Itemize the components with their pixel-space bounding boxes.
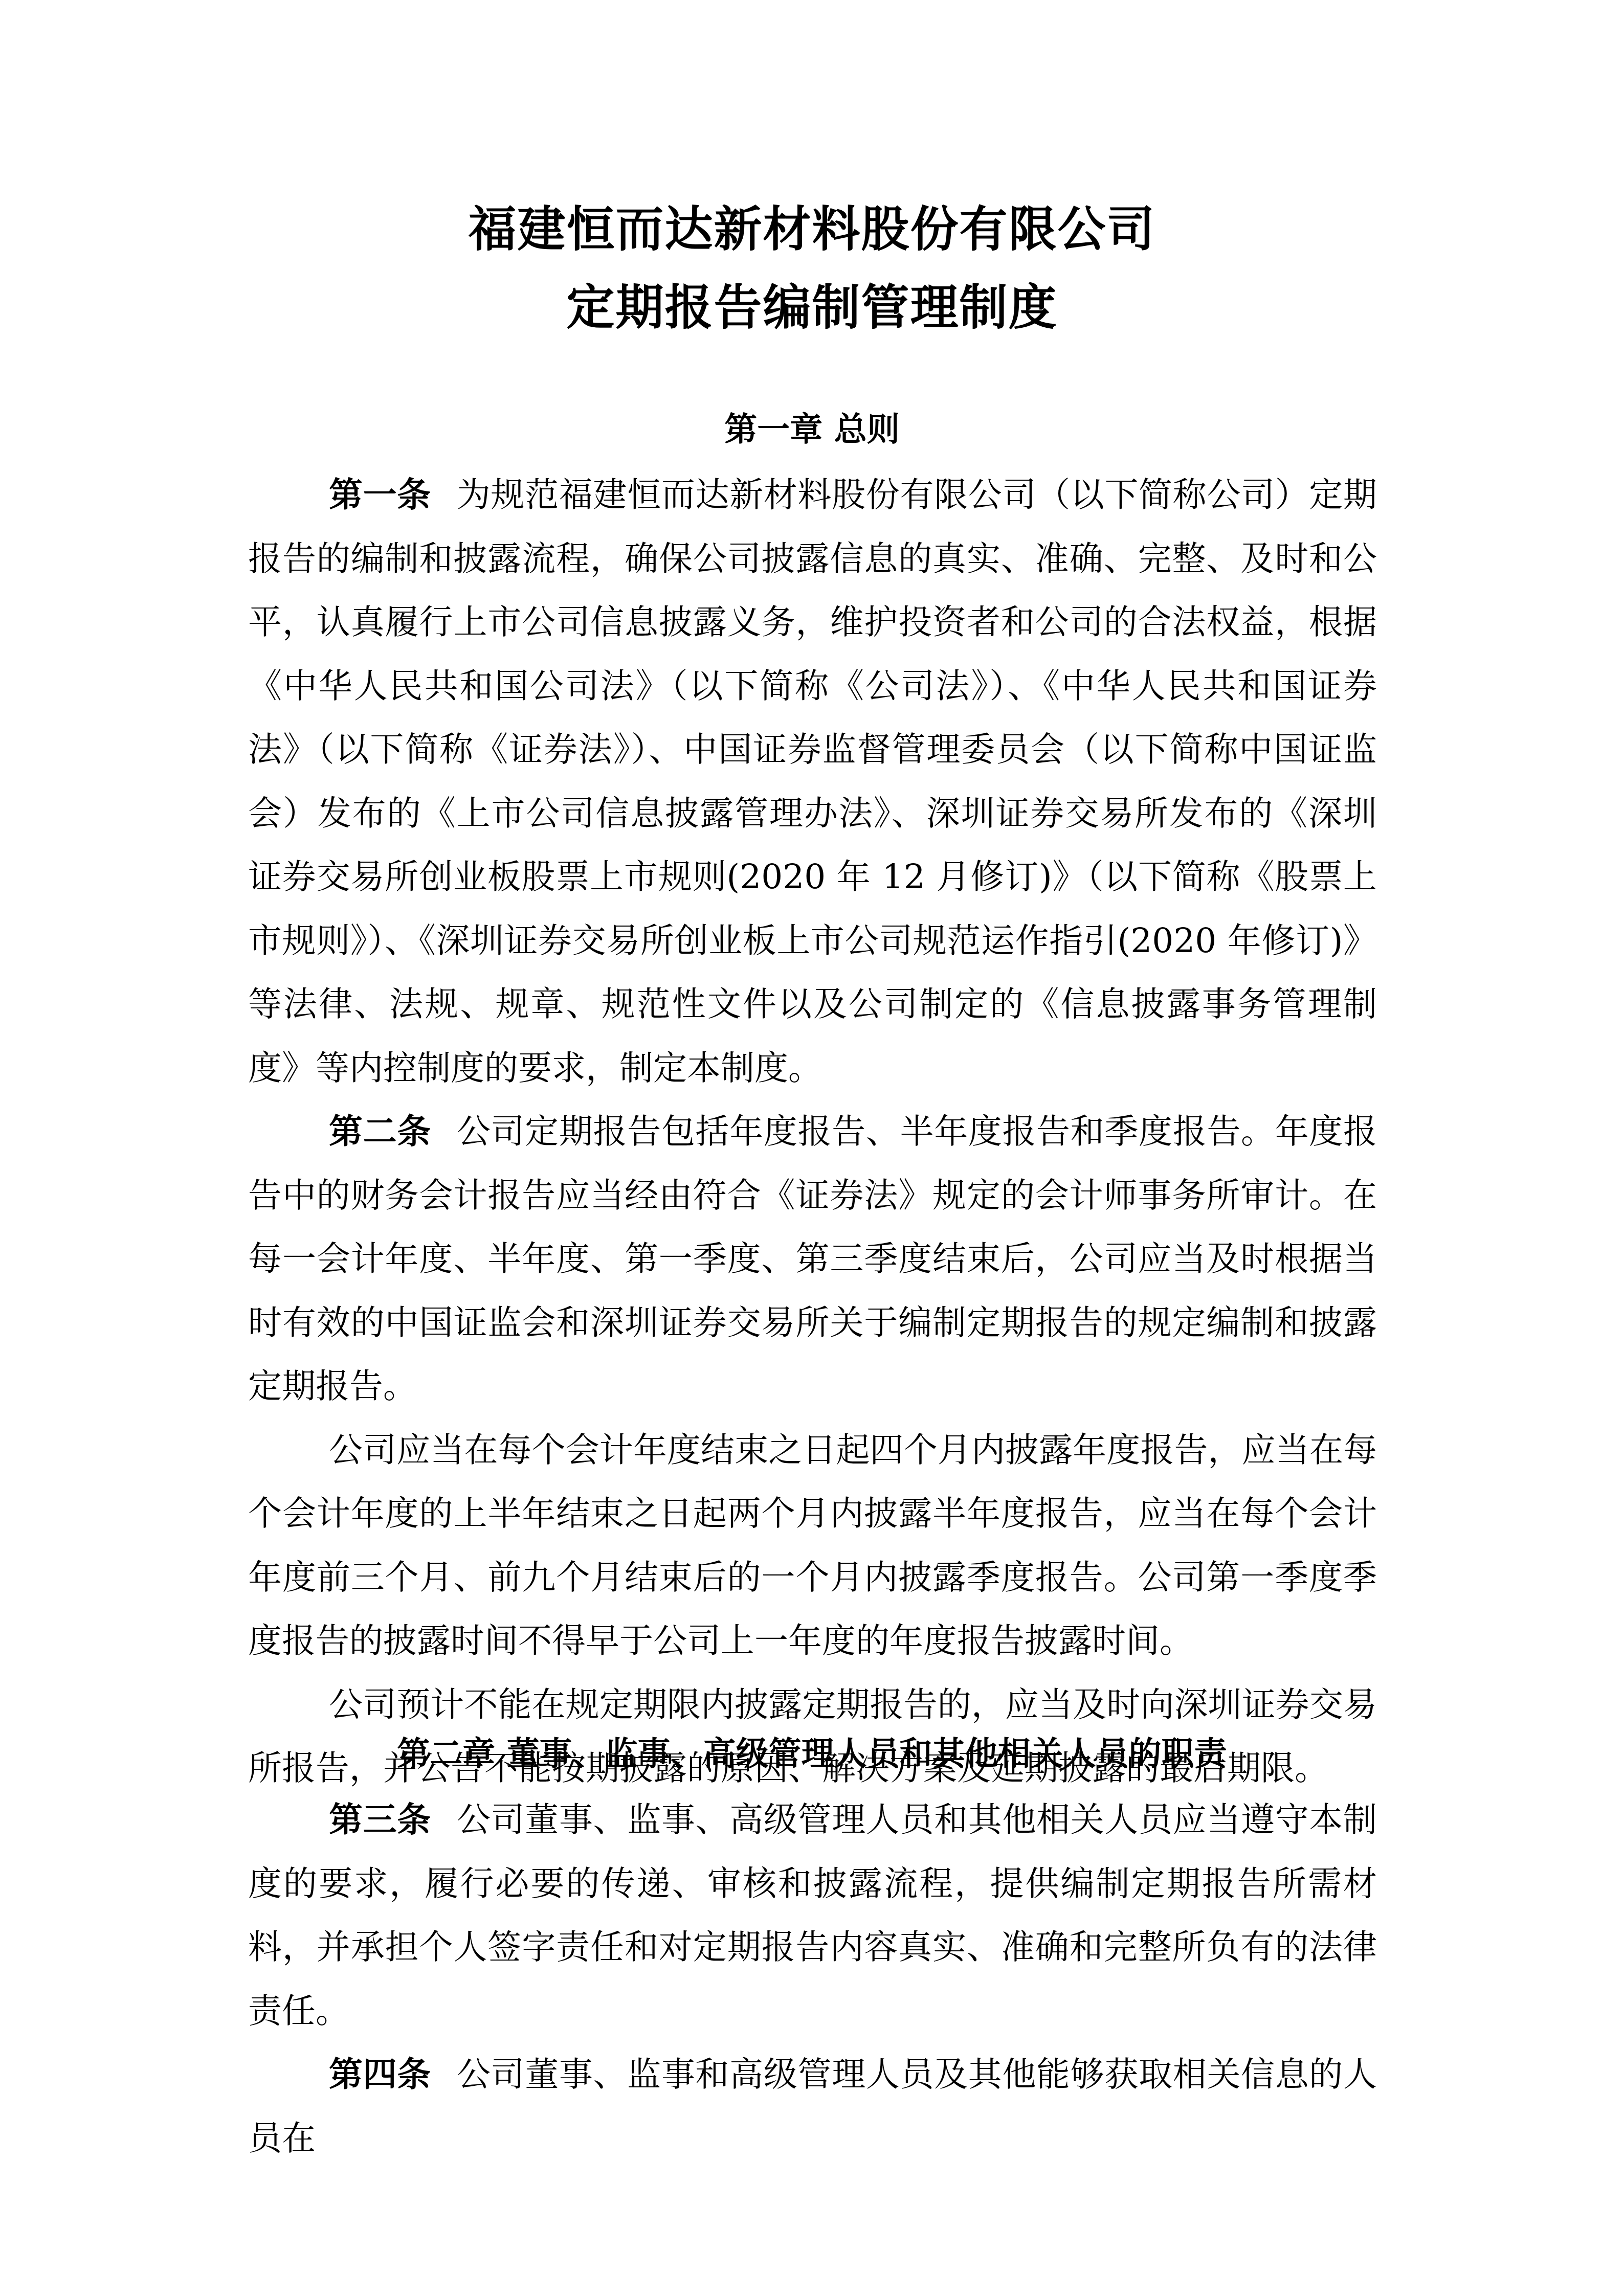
article-text: 公司定期报告包括年度报告、半年度报告和季度报告。年度报告中的财务会计报告应当经由…	[248, 1112, 1377, 1406]
document-page: 福建恒而达新材料股份有限公司 定期报告编制管理制度 第一章 总则 第一条为规范福…	[0, 0, 1624, 2296]
document-title-regulation: 定期报告编制管理制度	[0, 280, 1624, 336]
paragraph: 公司应当在每个会计年度结束之日起四个月内披露年度报告，应当在每个会计年度的上半年…	[248, 1419, 1377, 1673]
paragraph-text: 公司应当在每个会计年度结束之日起四个月内披露年度报告，应当在每个会计年度的上半年…	[248, 1430, 1377, 1661]
chapter-heading-2: 第二章 董事、监事、高级管理人员和其他相关人员的职责	[0, 1734, 1624, 1774]
article-label: 第二条	[329, 1112, 431, 1151]
article-2: 第二条公司定期报告包括年度报告、半年度报告和季度报告。年度报告中的财务会计报告应…	[248, 1100, 1377, 1419]
article-3: 第三条公司董事、监事、高级管理人员和其他相关人员应当遵守本制度的要求，履行必要的…	[248, 1788, 1377, 2043]
article-label: 第三条	[329, 1800, 431, 1839]
chapter-heading-1: 第一章 总则	[0, 409, 1624, 450]
chapter-2-body: 第三条公司董事、监事、高级管理人员和其他相关人员应当遵守本制度的要求，履行必要的…	[248, 1788, 1377, 2170]
article-1: 第一条为规范福建恒而达新材料股份有限公司（以下简称公司）定期报告的编制和披露流程…	[248, 463, 1377, 1100]
document-title-company: 福建恒而达新材料股份有限公司	[0, 202, 1624, 258]
article-4: 第四条公司董事、监事和高级管理人员及其他能够获取相关信息的人员在	[248, 2043, 1377, 2170]
chapter-1-body: 第一条为规范福建恒而达新材料股份有限公司（以下简称公司）定期报告的编制和披露流程…	[248, 463, 1377, 1800]
article-text: 为规范福建恒而达新材料股份有限公司（以下简称公司）定期报告的编制和披露流程，确保…	[248, 475, 1377, 1088]
article-label: 第四条	[329, 2055, 431, 2094]
article-label: 第一条	[329, 475, 431, 514]
